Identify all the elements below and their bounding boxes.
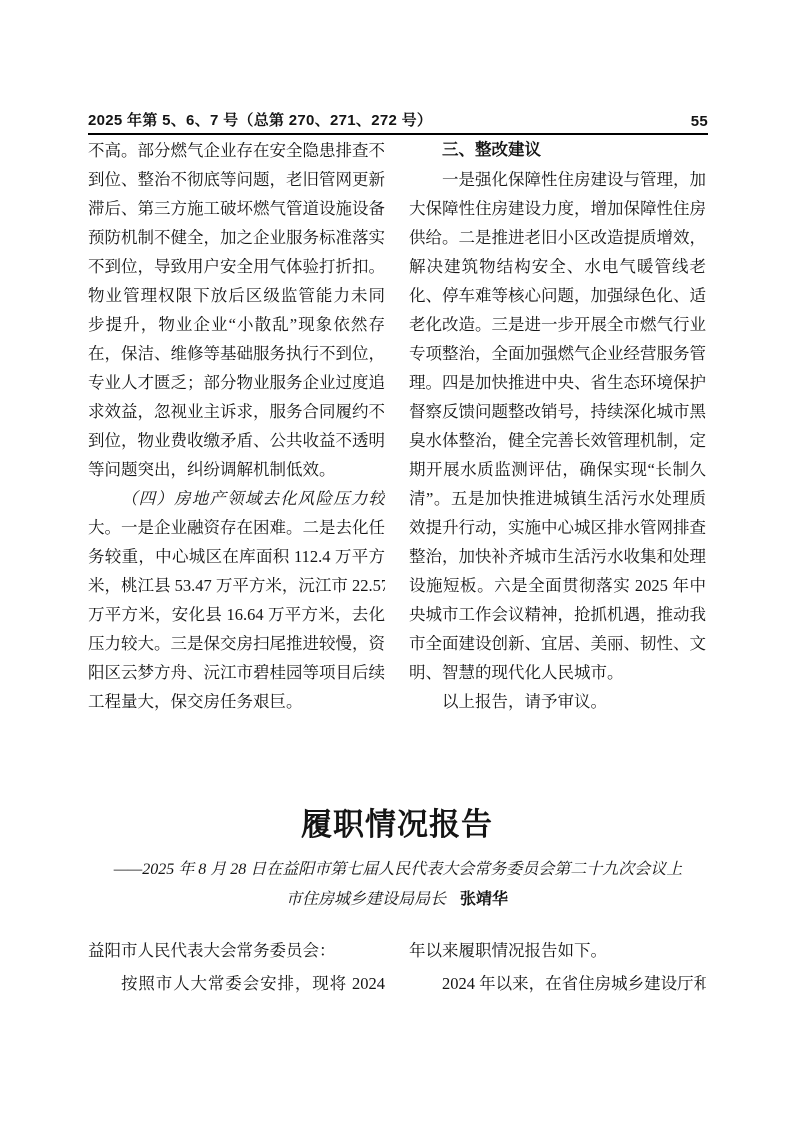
report-opening: 益阳市人民代表大会常务委员会： 按照市人大常委会安排，现将 2024 年以来履职… bbox=[88, 934, 706, 1000]
right-column: 年以来履职情况报告如下。 2024 年以来，在省住房城乡建设厅和 bbox=[409, 934, 706, 1000]
text-line: 期开展水质监测评估，确保实现“长制久 bbox=[409, 455, 706, 484]
text-line: 督察反馈问题整改销号，持续深化城市黑 bbox=[409, 397, 706, 426]
text-line: 按照市人大常委会安排，现将 2024 bbox=[88, 967, 385, 1000]
text-line: 到位、整治不彻底等问题，老旧管网更新 bbox=[88, 165, 385, 194]
text-line: 求效益，忽视业主诉求，服务合同履约不 bbox=[88, 397, 385, 426]
text-line: 一是强化保障性住房建设与管理，加 bbox=[409, 165, 706, 194]
right-column: 三、整改建议 一是强化保障性住房建设与管理，加 大保障性住房建设力度，增加保障性… bbox=[409, 136, 706, 716]
document-page: 2025 年第 5、6、7 号（总第 270、271、272 号） 55 不高。… bbox=[0, 0, 794, 1122]
text-line: 解决建筑物结构安全、水电气暖管线老 bbox=[409, 252, 706, 281]
report-subtitle: ——2025 年 8 月 28 日在益阳市第七届人民代表大会常务委员会第二十九次… bbox=[88, 856, 708, 879]
author-title: 市住房城乡建设局局长 bbox=[286, 891, 446, 908]
text-line: 在，保洁、维修等基础服务执行不到位， bbox=[88, 339, 385, 368]
issue-info: 2025 年第 5、6、7 号（总第 270、271、272 号） bbox=[88, 109, 432, 130]
text-line: 2024 年以来，在省住房城乡建设厅和 bbox=[409, 967, 706, 1000]
text-line: 不到位，导致用户安全用气体验打折扣。 bbox=[88, 252, 385, 281]
text-line: 理。四是加快推进中央、省生态环境保护 bbox=[409, 368, 706, 397]
text-line: 老化改造。三是进一步开展全市燃气行业 bbox=[409, 310, 706, 339]
author-name: 张靖华 bbox=[460, 891, 508, 908]
text-line: 物业管理权限下放后区级监管能力未同 bbox=[88, 281, 385, 310]
report-title: 履职情况报告 bbox=[0, 799, 794, 844]
text-line: 务较重，中心城区在库面积 112.4 万平方 bbox=[88, 542, 385, 571]
text-line: 明、智慧的现代化人民城市。 bbox=[409, 658, 706, 687]
text-line: 整治，加快补齐城市生活污水收集和处理 bbox=[409, 542, 706, 571]
text-line: 专项整治，全面加强燃气企业经营服务管 bbox=[409, 339, 706, 368]
section-heading: 三、整改建议 bbox=[409, 136, 706, 165]
left-column: 不高。部分燃气企业存在安全隐患排查不 到位、整治不彻底等问题，老旧管网更新 滞后… bbox=[88, 136, 385, 716]
text-line: 设施短板。六是全面贯彻落实 2025 年中 bbox=[409, 571, 706, 600]
text-line: 压力较大。三是保交房扫尾推进较慢，资 bbox=[88, 629, 385, 658]
text-line: 等问题突出，纠纷调解机制低效。 bbox=[88, 455, 385, 484]
text-line: 米，桃江县 53.47 万平方米，沅江市 22.57 bbox=[88, 571, 385, 600]
text-line: 以上报告，请予审议。 bbox=[409, 687, 706, 716]
text-line: 央城市工作会议精神，抢抓机遇，推动我 bbox=[409, 600, 706, 629]
salutation-line: 益阳市人民代表大会常务委员会： bbox=[88, 934, 385, 967]
text-line: 效提升行动，实施中心城区排水管网排查 bbox=[409, 513, 706, 542]
page-header: 2025 年第 5、6、7 号（总第 270、271、272 号） 55 bbox=[88, 109, 708, 135]
text-line: 化、停车难等核心问题，加强绿色化、适 bbox=[409, 281, 706, 310]
text-line: 阳区云梦方舟、沅江市碧桂园等项目后续 bbox=[88, 658, 385, 687]
text-line: 供给。二是推进老旧小区改造提质增效， bbox=[409, 223, 706, 252]
text-line: 预防机制不健全，加之企业服务标准落实 bbox=[88, 223, 385, 252]
page-number: 55 bbox=[691, 113, 708, 130]
article-body: 不高。部分燃气企业存在安全隐患排查不 到位、整治不彻底等问题，老旧管网更新 滞后… bbox=[88, 136, 706, 716]
text-line: 市全面建设创新、宜居、美丽、韧性、文 bbox=[409, 629, 706, 658]
text-line: 到位，物业费收缴矛盾、公共收益不透明 bbox=[88, 426, 385, 455]
text-line: 工程量大，保交房任务艰巨。 bbox=[88, 687, 385, 716]
text-line: 清”。五是加快推进城镇生活污水处理质 bbox=[409, 484, 706, 513]
text-line: 专业人才匮乏；部分物业服务企业过度追 bbox=[88, 368, 385, 397]
text-line: 大保障性住房建设力度，增加保障性住房 bbox=[409, 194, 706, 223]
text-line: 滞后、第三方施工破坏燃气管道设施设备 bbox=[88, 194, 385, 223]
text-line: 不高。部分燃气企业存在安全隐患排查不 bbox=[88, 136, 385, 165]
left-column: 益阳市人民代表大会常务委员会： 按照市人大常委会安排，现将 2024 bbox=[88, 934, 385, 1000]
text-line: （四）房地产领域去化风险压力较 bbox=[88, 484, 385, 513]
text-line: 万平方米，安化县 16.64 万平方米，去化 bbox=[88, 600, 385, 629]
text-line: 臭水体整治，健全完善长效管理机制，定 bbox=[409, 426, 706, 455]
text-line: 年以来履职情况报告如下。 bbox=[409, 934, 706, 967]
report-author-line: 市住房城乡建设局局长张靖华 bbox=[0, 886, 794, 909]
text-line: 步提升，物业企业“小散乱”现象依然存 bbox=[88, 310, 385, 339]
text-line: 大。一是企业融资存在困难。二是去化任 bbox=[88, 513, 385, 542]
